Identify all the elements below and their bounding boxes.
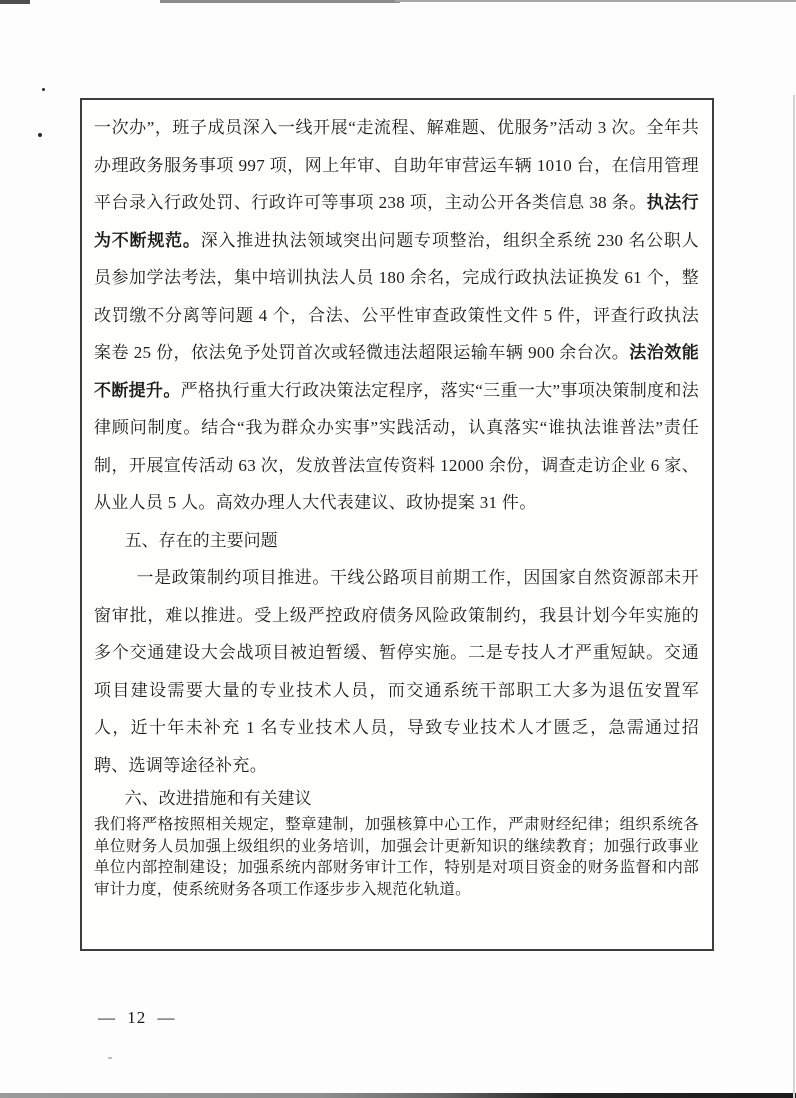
scan-artifact-right-edge <box>793 95 795 1098</box>
scanned-document-page: 一次办”，班子成员深入一线开展“走流程、解难题、优服务”活动 3 次。全年共办理… <box>0 0 796 1098</box>
scan-artifact-top-left <box>0 0 30 4</box>
paragraph-segment-2: 深入推进执法领域突出问题专项整治，组织全系统 230 名公职人员参加学法考法，集… <box>94 231 699 363</box>
ink-dot-2 <box>38 133 42 137</box>
section-five-paragraph: 一是政策制约项目推进。干线公路项目前期工作，因国家自然资源部未开窗审批，难以推进… <box>94 559 699 784</box>
section-six-paragraph: 我们将严格按照相关规定，整章建制，加强核算中心工作，严肃财经纪律；组织系统各单位… <box>94 814 699 900</box>
ink-dot-1 <box>42 88 45 91</box>
paragraph-segment-3: 严格执行重大行政决策法定程序，落实“三重一大”事项决策制度和法律顾问制度。结合“… <box>94 381 699 513</box>
ink-smudge <box>108 1057 112 1059</box>
section-six-heading: 六、改进措施和有关建议 <box>94 784 699 814</box>
paragraph-segment-1: 一次办”，班子成员深入一线开展“走流程、解难题、优服务”活动 3 次。全年共办理… <box>94 118 699 212</box>
continued-paragraph: 一次办”，班子成员深入一线开展“走流程、解难题、优服务”活动 3 次。全年共办理… <box>94 109 699 522</box>
scan-artifact-top-mid <box>160 0 400 3</box>
document-content: 一次办”，班子成员深入一线开展“走流程、解难题、优服务”活动 3 次。全年共办理… <box>82 100 712 900</box>
scan-artifact-top-right <box>395 0 796 2</box>
scan-artifact-bottom-edge <box>0 1093 796 1098</box>
text-border-box: 一次办”，班子成员深入一线开展“走流程、解难题、优服务”活动 3 次。全年共办理… <box>80 98 714 951</box>
page-number: — 12 — <box>98 1008 176 1028</box>
section-five-heading: 五、存在的主要问题 <box>94 522 699 560</box>
